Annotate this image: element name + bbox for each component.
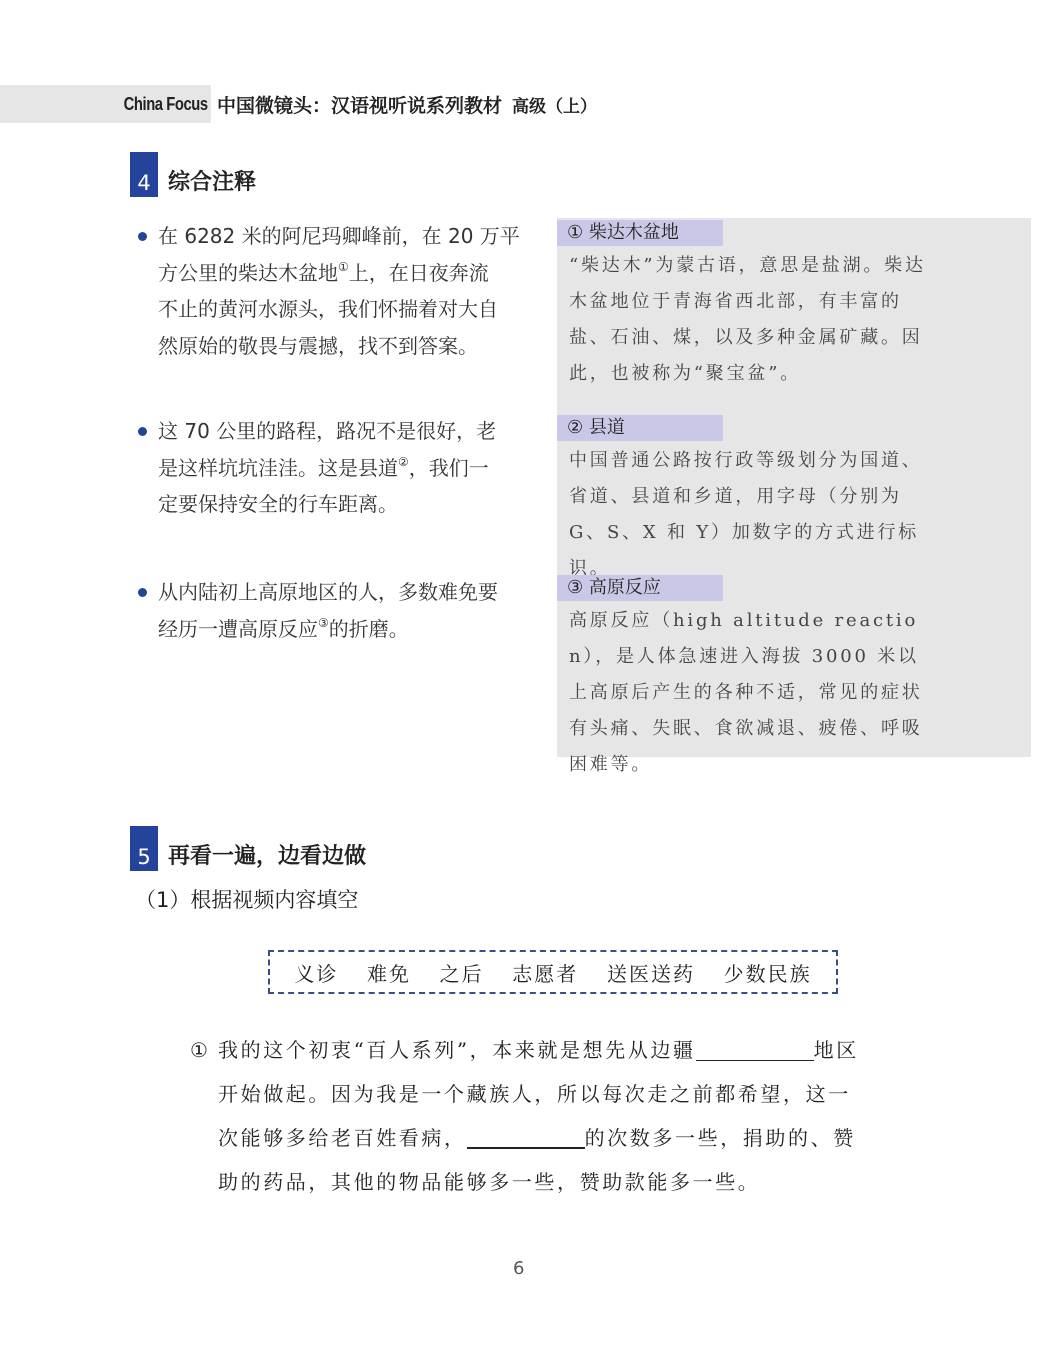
section-5-heading: 5 再看一遍，边看边做 bbox=[130, 826, 366, 871]
fill-in-exercise-1: ① 我的这个初衷“百人系列”，本来就是想先从边疆地区 开始做起。因为我是一个藏族… bbox=[190, 1028, 930, 1204]
note-body: 高原反应（high altitude reaction），是人体急速进入海拔 3… bbox=[557, 601, 939, 783]
running-header: China Focus 中国微镜头：汉语视听说系列教材 高级（上） bbox=[0, 85, 597, 123]
note-2: ② 县道 中国普通公路按行政等级划分为国道、省道、县道和乡道，用字母（分别为 G… bbox=[557, 415, 1031, 587]
word-bank-item: 义诊 bbox=[294, 958, 338, 987]
note-title: ① 柴达木盆地 bbox=[557, 220, 723, 246]
level-label: 高级（上） bbox=[512, 92, 597, 117]
brand-name: China Focus bbox=[38, 94, 211, 115]
note-title: ② 县道 bbox=[557, 415, 723, 441]
series-title: 中国微镜头：汉语视听说系列教材 bbox=[217, 91, 502, 118]
section-4-heading: 4 综合注释 bbox=[130, 152, 256, 197]
section-number-badge: 4 bbox=[130, 152, 158, 197]
word-bank-item: 送医送药 bbox=[607, 958, 695, 987]
subsection-title: （1）根据视频内容填空 bbox=[135, 884, 358, 914]
section-number-badge: 5 bbox=[130, 826, 158, 871]
footnote-ref: ③ bbox=[318, 616, 329, 630]
exercise-number: ① bbox=[190, 1028, 211, 1072]
word-bank-item: 志愿者 bbox=[512, 958, 578, 987]
word-bank-item: 少数民族 bbox=[724, 958, 812, 987]
note-3: ③ 高原反应 高原反应（high altitude reaction），是人体急… bbox=[557, 575, 1031, 783]
bullet-dot-icon bbox=[138, 588, 147, 597]
word-bank: 义诊 难免 之后 志愿者 送医送药 少数民族 bbox=[268, 950, 838, 994]
answer-blank-2[interactable] bbox=[467, 1117, 585, 1149]
answer-blank-1[interactable] bbox=[696, 1030, 814, 1061]
section-title: 综合注释 bbox=[168, 169, 256, 197]
note-body: 中国普通公路按行政等级划分为国道、省道、县道和乡道，用字母（分别为 G、S、X … bbox=[557, 441, 939, 587]
annotation-sentence-1: 在 6282 米的阿尼玛卿峰前，在 20 万平 方公里的柴达木盆地①上，在日夜奔… bbox=[138, 218, 533, 364]
annotation-sentence-2: 这 70 公里的路程，路况不是很好，老 是这样坑坑洼洼。这是县道②，我们一 定要… bbox=[138, 413, 533, 523]
word-bank-item: 难免 bbox=[367, 958, 411, 987]
section-title: 再看一遍，边看边做 bbox=[168, 843, 366, 871]
word-bank-item: 之后 bbox=[440, 958, 484, 987]
annotation-sentence-3: 从内陆初上高原地区的人，多数难免要 经历一遭高原反应③的折磨。 bbox=[138, 574, 533, 647]
bullet-dot-icon bbox=[138, 232, 147, 241]
footnote-ref: ① bbox=[338, 260, 349, 274]
note-1: ① 柴达木盆地 “柴达木”为蒙古语，意思是盐湖。柴达木盆地位于青海省西北部，有丰… bbox=[557, 220, 1031, 392]
note-title: ③ 高原反应 bbox=[557, 575, 723, 601]
page-number: 6 bbox=[513, 1258, 524, 1279]
bullet-dot-icon bbox=[138, 427, 147, 436]
note-body: “柴达木”为蒙古语，意思是盐湖。柴达木盆地位于青海省西北部，有丰富的盐、石油、煤… bbox=[557, 246, 939, 392]
footnote-ref: ② bbox=[398, 455, 409, 469]
